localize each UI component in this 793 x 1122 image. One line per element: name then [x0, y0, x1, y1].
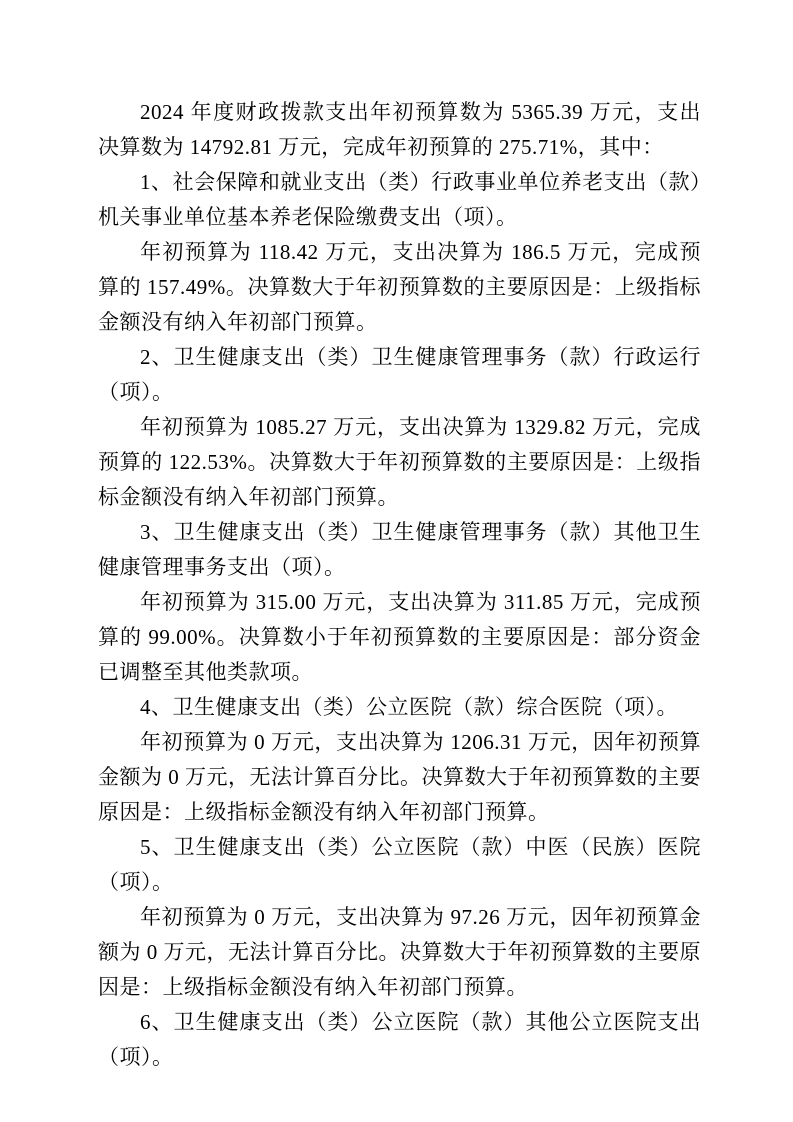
paragraph-item-5-title: 5、卫生健康支出（类）公立医院（款）中医（民族）医院（项）。: [98, 830, 701, 900]
paragraph-item-1-title: 1、社会保障和就业支出（类）行政事业单位养老支出（款）机关事业单位基本养老保险缴…: [98, 165, 701, 235]
paragraph-summary: 2024 年度财政拨款支出年初预算数为 5365.39 万元，支出决算数为 14…: [98, 95, 701, 165]
paragraph-item-5-detail: 年初预算为 0 万元，支出决算为 97.26 万元，因年初预算金额为 0 万元，…: [98, 900, 701, 1005]
paragraph-item-2-title: 2、卫生健康支出（类）卫生健康管理事务（款）行政运行（项）。: [98, 340, 701, 410]
paragraph-item-4-title: 4、卫生健康支出（类）公立医院（款）综合医院（项）。: [98, 690, 701, 725]
paragraph-item-3-detail: 年初预算为 315.00 万元，支出决算为 311.85 万元，完成预算的 99…: [98, 585, 701, 690]
paragraph-item-3-title: 3、卫生健康支出（类）卫生健康管理事务（款）其他卫生健康管理事务支出（项）。: [98, 515, 701, 585]
paragraph-item-1-detail: 年初预算为 118.42 万元，支出决算为 186.5 万元，完成预算的 157…: [98, 235, 701, 340]
paragraph-item-6-title: 6、卫生健康支出（类）公立医院（款）其他公立医院支出（项）。: [98, 1005, 701, 1075]
paragraph-item-2-detail: 年初预算为 1085.27 万元，支出决算为 1329.82 万元，完成预算的 …: [98, 410, 701, 515]
document-body: 2024 年度财政拨款支出年初预算数为 5365.39 万元，支出决算数为 14…: [98, 95, 701, 1075]
document-page: 2024 年度财政拨款支出年初预算数为 5365.39 万元，支出决算数为 14…: [0, 0, 793, 1122]
paragraph-item-4-detail: 年初预算为 0 万元，支出决算为 1206.31 万元，因年初预算金额为 0 万…: [98, 725, 701, 830]
